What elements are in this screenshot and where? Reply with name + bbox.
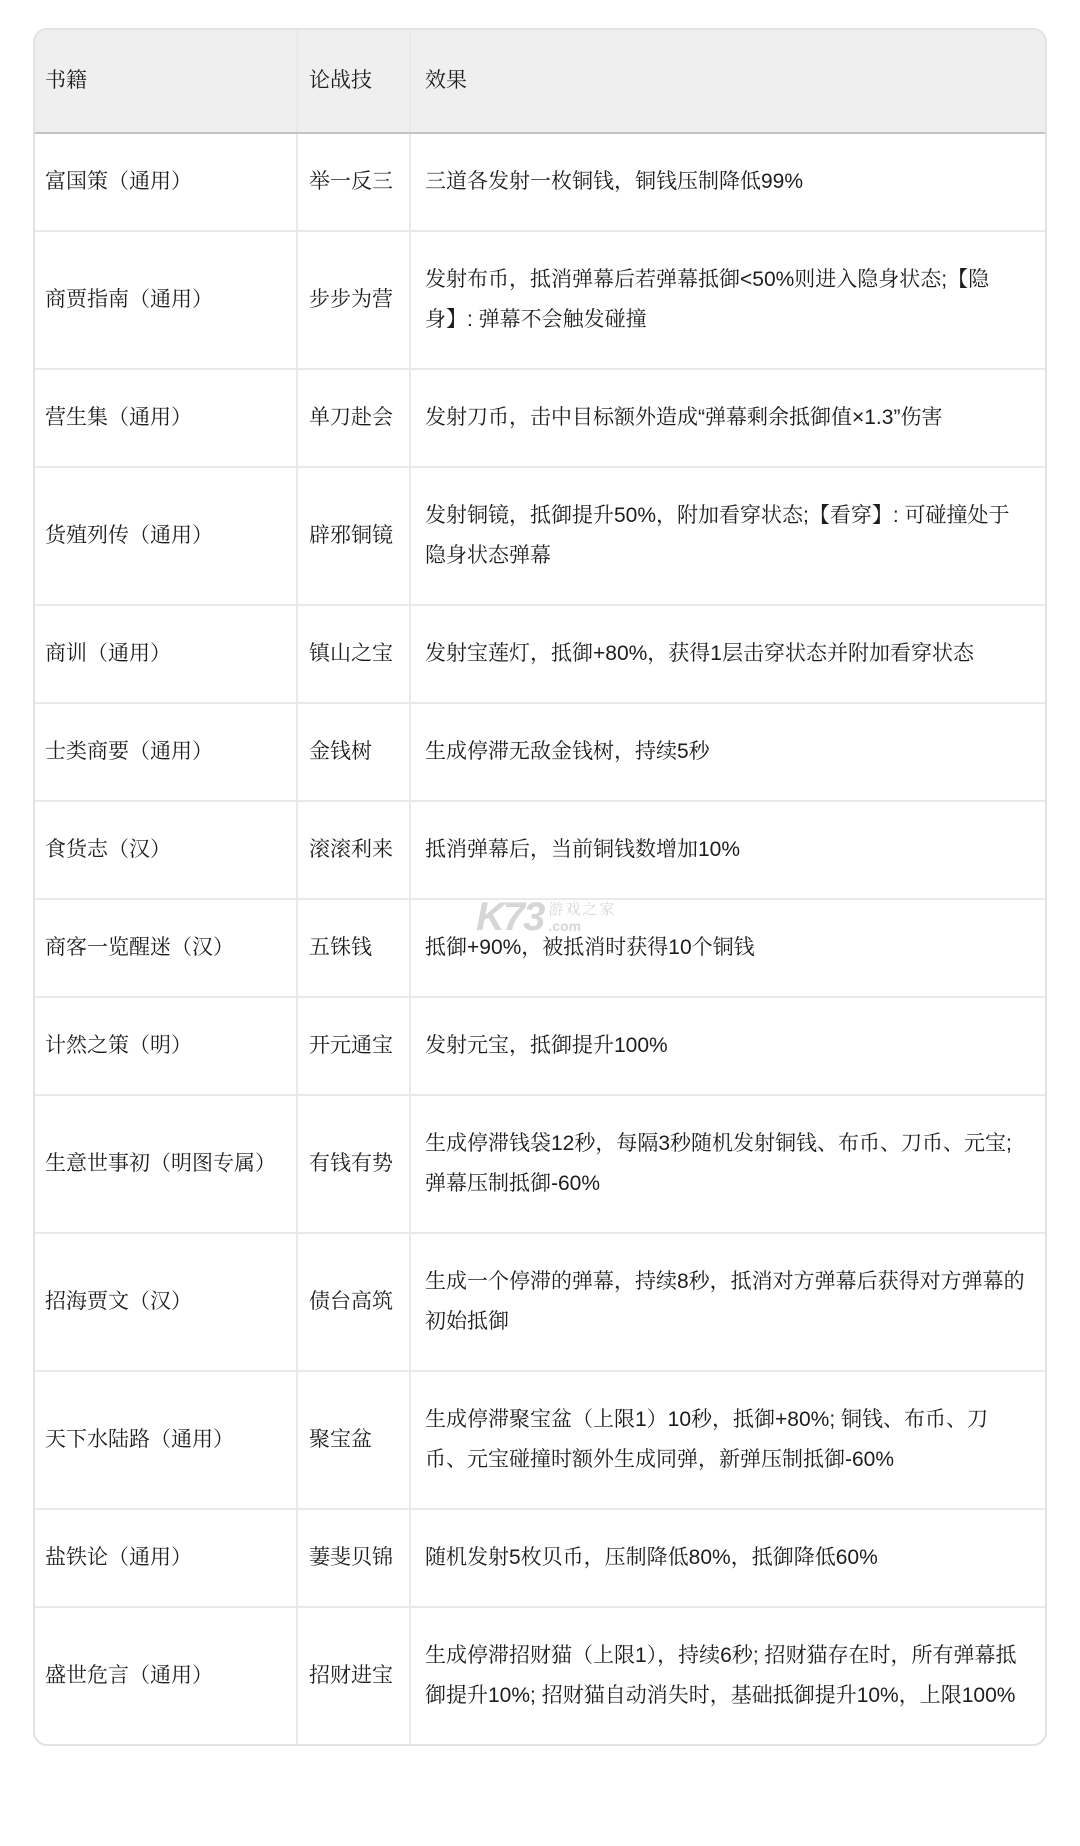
table-row: 商客一览醒迷（汉） 五铢钱 抵御+90%，被抵消时获得10个铜钱 — [35, 899, 1045, 997]
skill-cell: 聚宝盆 — [297, 1371, 410, 1509]
book-cell: 计然之策（明） — [35, 997, 297, 1095]
table-row: 招海贾文（汉） 债台高筑 生成一个停滞的弹幕，持续8秒，抵消对方弹幕后获得对方弹… — [35, 1233, 1045, 1371]
skill-cell: 辟邪铜镜 — [297, 467, 410, 605]
table-row: 盐铁论（通用） 萋斐贝锦 随机发射5枚贝币，压制降低80%，抵御降低60% — [35, 1509, 1045, 1607]
book-cell: 食货志（汉） — [35, 801, 297, 899]
book-cell: 盐铁论（通用） — [35, 1509, 297, 1607]
effect-cell: 发射宝莲灯，抵御+80%，获得1层击穿状态并附加看穿状态 — [410, 605, 1045, 703]
skill-cell: 五铢钱 — [297, 899, 410, 997]
book-cell: 生意世事初（明图专属） — [35, 1095, 297, 1233]
skill-cell: 单刀赴会 — [297, 369, 410, 467]
skill-cell: 有钱有势 — [297, 1095, 410, 1233]
skill-cell: 举一反三 — [297, 133, 410, 231]
skill-cell: 滚滚利来 — [297, 801, 410, 899]
book-cell: 盛世危言（通用） — [35, 1607, 297, 1744]
book-cell: 商客一览醒迷（汉） — [35, 899, 297, 997]
table-row: 商训（通用） 镇山之宝 发射宝莲灯，抵御+80%，获得1层击穿状态并附加看穿状态 — [35, 605, 1045, 703]
skill-cell: 步步为营 — [297, 231, 410, 369]
effect-cell: 随机发射5枚贝币，压制降低80%，抵御降低60% — [410, 1509, 1045, 1607]
book-cell: 商训（通用） — [35, 605, 297, 703]
page: 书籍 论战技 效果 富国策（通用） 举一反三 三道各发射一枚铜钱，铜钱压制降低9… — [0, 0, 1080, 1846]
skills-table: 书籍 论战技 效果 富国策（通用） 举一反三 三道各发射一枚铜钱，铜钱压制降低9… — [35, 30, 1045, 1744]
table-row: 士类商要（通用） 金钱树 生成停滞无敌金钱树，持续5秒 — [35, 703, 1045, 801]
table-row: 货殖列传（通用） 辟邪铜镜 发射铜镜，抵御提升50%，附加看穿状态;【看穿】: … — [35, 467, 1045, 605]
book-cell: 商贾指南（通用） — [35, 231, 297, 369]
skills-table-card: 书籍 论战技 效果 富国策（通用） 举一反三 三道各发射一枚铜钱，铜钱压制降低9… — [33, 28, 1047, 1746]
table-row: 食货志（汉） 滚滚利来 抵消弹幕后，当前铜钱数增加10% — [35, 801, 1045, 899]
effect-cell: 生成停滞聚宝盆（上限1）10秒，抵御+80%; 铜钱、布币、刀币、元宝碰撞时额外… — [410, 1371, 1045, 1509]
effect-cell: 生成停滞无敌金钱树，持续5秒 — [410, 703, 1045, 801]
book-cell: 货殖列传（通用） — [35, 467, 297, 605]
table-row: 盛世危言（通用） 招财进宝 生成停滞招财猫（上限1），持续6秒; 招财猫存在时，… — [35, 1607, 1045, 1744]
skill-cell: 开元通宝 — [297, 997, 410, 1095]
skill-cell: 萋斐贝锦 — [297, 1509, 410, 1607]
effect-cell: 发射刀币，击中目标额外造成“弹幕剩余抵御值×1.3”伤害 — [410, 369, 1045, 467]
column-header-skill: 论战技 — [297, 30, 410, 133]
skill-cell: 金钱树 — [297, 703, 410, 801]
table-row: 计然之策（明） 开元通宝 发射元宝，抵御提升100% — [35, 997, 1045, 1095]
book-cell: 天下水陆路（通用） — [35, 1371, 297, 1509]
book-cell: 招海贾文（汉） — [35, 1233, 297, 1371]
effect-cell: 三道各发射一枚铜钱，铜钱压制降低99% — [410, 133, 1045, 231]
effect-cell: 抵消弹幕后，当前铜钱数增加10% — [410, 801, 1045, 899]
book-cell: 富国策（通用） — [35, 133, 297, 231]
effect-cell: 生成停滞招财猫（上限1），持续6秒; 招财猫存在时，所有弹幕抵御提升10%; 招… — [410, 1607, 1045, 1744]
table-row: 富国策（通用） 举一反三 三道各发射一枚铜钱，铜钱压制降低99% — [35, 133, 1045, 231]
effect-cell: 发射元宝，抵御提升100% — [410, 997, 1045, 1095]
effect-cell: 生成停滞钱袋12秒，每隔3秒随机发射铜钱、布币、刀币、元宝; 弹幕压制抵御-60… — [410, 1095, 1045, 1233]
effect-cell: 发射铜镜，抵御提升50%，附加看穿状态;【看穿】: 可碰撞处于隐身状态弹幕 — [410, 467, 1045, 605]
book-cell: 营生集（通用） — [35, 369, 297, 467]
effect-cell: 抵御+90%，被抵消时获得10个铜钱 — [410, 899, 1045, 997]
skill-cell: 债台高筑 — [297, 1233, 410, 1371]
skill-cell: 镇山之宝 — [297, 605, 410, 703]
table-row: 商贾指南（通用） 步步为营 发射布币，抵消弹幕后若弹幕抵御<50%则进入隐身状态… — [35, 231, 1045, 369]
table-row: 天下水陆路（通用） 聚宝盆 生成停滞聚宝盆（上限1）10秒，抵御+80%; 铜钱… — [35, 1371, 1045, 1509]
skill-cell: 招财进宝 — [297, 1607, 410, 1744]
header-row: 书籍 论战技 效果 — [35, 30, 1045, 133]
book-cell: 士类商要（通用） — [35, 703, 297, 801]
table-row: 生意世事初（明图专属） 有钱有势 生成停滞钱袋12秒，每隔3秒随机发射铜钱、布币… — [35, 1095, 1045, 1233]
table-body: 富国策（通用） 举一反三 三道各发射一枚铜钱，铜钱压制降低99% 商贾指南（通用… — [35, 133, 1045, 1744]
effect-cell: 生成一个停滞的弹幕，持续8秒，抵消对方弹幕后获得对方弹幕的初始抵御 — [410, 1233, 1045, 1371]
column-header-effect: 效果 — [410, 30, 1045, 133]
column-header-book: 书籍 — [35, 30, 297, 133]
table-row: 营生集（通用） 单刀赴会 发射刀币，击中目标额外造成“弹幕剩余抵御值×1.3”伤… — [35, 369, 1045, 467]
table-header: 书籍 论战技 效果 — [35, 30, 1045, 133]
effect-cell: 发射布币，抵消弹幕后若弹幕抵御<50%则进入隐身状态;【隐身】: 弹幕不会触发碰… — [410, 231, 1045, 369]
